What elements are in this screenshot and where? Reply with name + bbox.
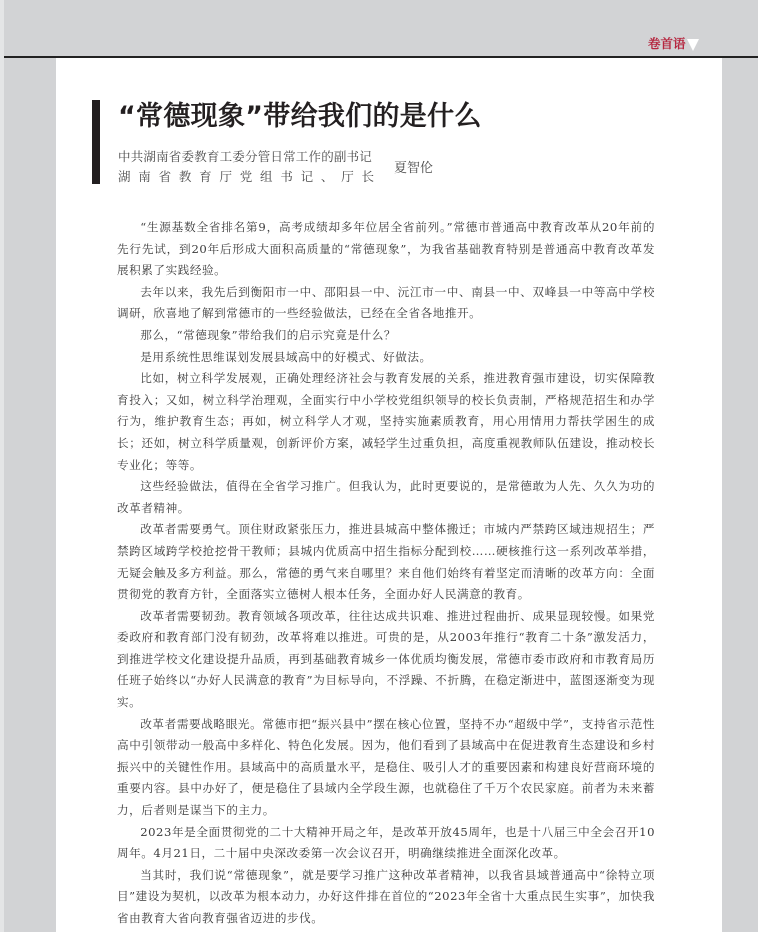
title-accent-bar [92,100,100,184]
paragraph: 去年以来，我先后到衡阳市一中、邵阳县一中、沅江市一中、南县一中、双峰县一中等高中… [117,282,655,325]
paragraph: “生源基数全省排名第9，高考成绩却多年位居全省前列。”常德市普通高中教育改革从2… [117,217,655,282]
paragraph: 2023年是全面贯彻党的二十大精神开局之年，是改革开放45周年，也是十八届三中全… [117,822,655,865]
byline: 中共湖南省委教育工委分管日常工作的副书记 湖南省教育厅党组书记、厅长 夏智伦 [118,147,433,187]
author-name: 夏智伦 [394,157,433,176]
author-roles: 中共湖南省委教育工委分管日常工作的副书记 湖南省教育厅党组书记、厅长 [118,147,374,187]
article-body: “生源基数全省排名第9，高考成绩却多年位居全省前列。”常德市普通高中教育改革从2… [117,217,655,930]
paragraph: 那么，“常德现象”带给我们的启示究竟是什么？ [117,325,655,347]
paragraph: 改革者需要战略眼光。常德市把“振兴县中”摆在核心位置，坚持不办“超级中学”，支持… [117,714,655,822]
paragraph: 比如，树立科学发展观，正确处理经济社会与教育发展的关系，推进教育强市建设，切实保… [117,368,655,476]
page-margin-strip [0,0,4,932]
section-header: 卷首语 [648,35,699,53]
article-title: “常德现象”带给我们的是什么 [118,100,482,134]
paragraph: 改革者需要韧劲。教育领域各项改革，往往达成共识难、推进过程曲折、成果显现较慢。如… [117,606,655,714]
paragraph: 当其时，我们说“常德现象”，就是要学习推广这种改革者精神，以我省县域普通高中“徐… [117,865,655,930]
section-label: 卷首语 [648,35,686,53]
paragraph: 这些经验做法，值得在全省学习推广。但我认为，此时更要说的，是常德敢为人先、久久为… [117,476,655,519]
paragraph: 改革者需要勇气。顶住财政紧张压力，推进县城高中整体搬迁；市城内严禁跨区域违规招生… [117,519,655,605]
triangle-down-icon [687,39,699,51]
article-page: “常德现象”带给我们的是什么 中共湖南省委教育工委分管日常工作的副书记 湖南省教… [56,58,722,932]
author-role-line-1: 中共湖南省委教育工委分管日常工作的副书记 [118,147,374,167]
author-role-line-2: 湖南省教育厅党组书记、厅长 [118,167,374,187]
paragraph: 是用系统性思维谋划发展县域高中的好模式、好做法。 [117,347,655,369]
